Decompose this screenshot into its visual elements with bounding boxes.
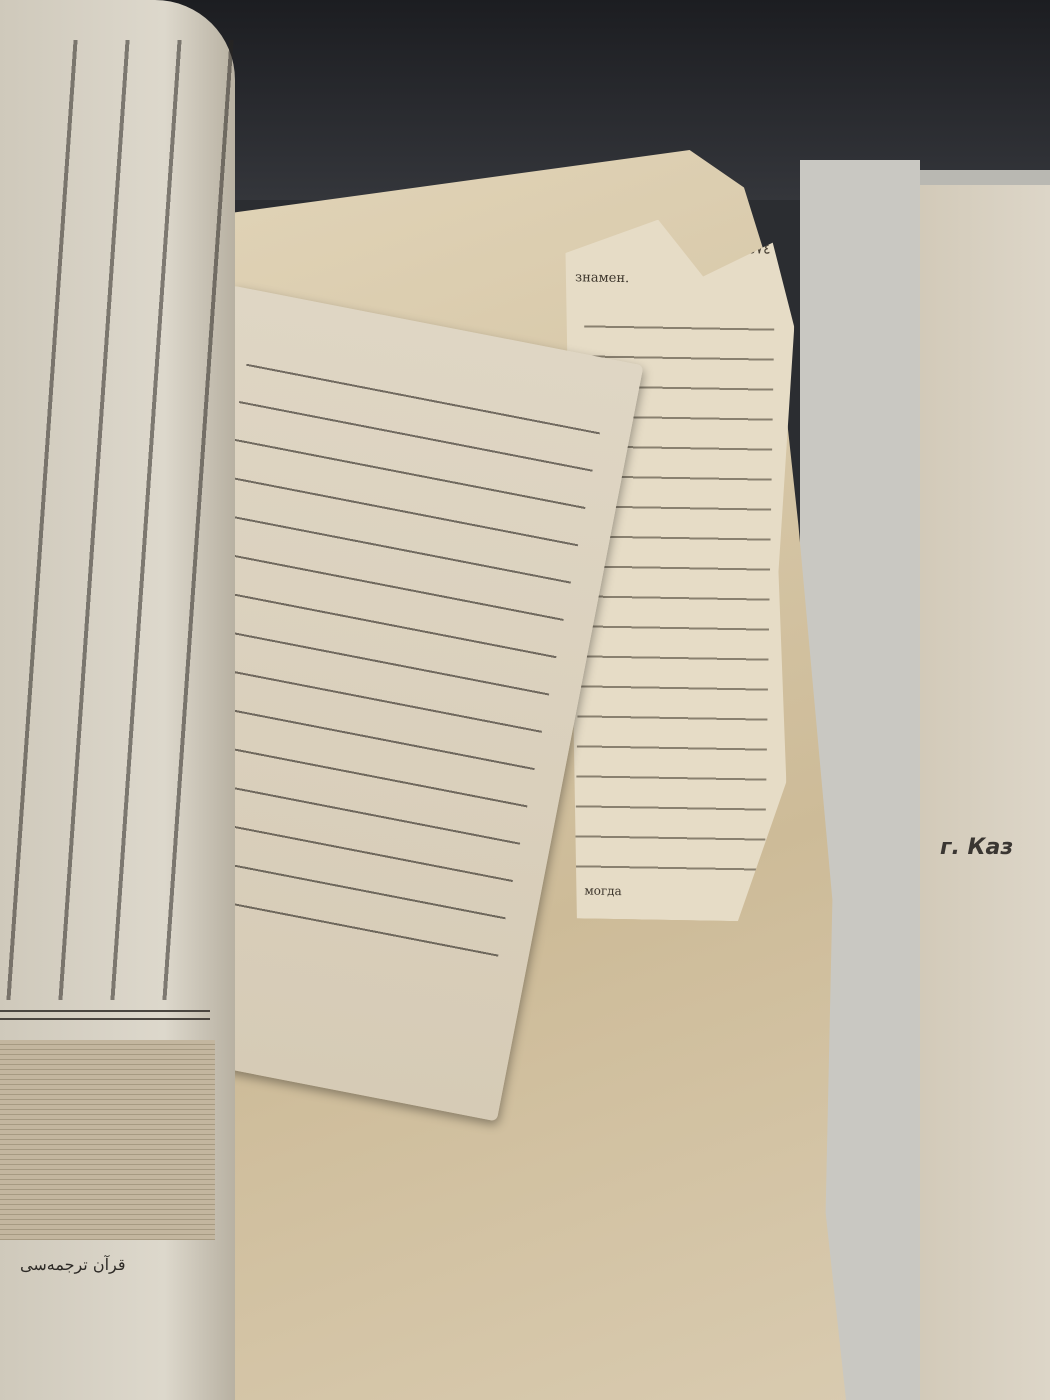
page-edges (0, 1040, 215, 1240)
double-rule (0, 1010, 210, 1020)
arabic-calligraphy-text (0, 40, 259, 1000)
right-page-label: г. Каз (940, 835, 1013, 860)
left-open-book-page: قرآن ترجمه‌سی (0, 0, 235, 1400)
photo-scene: г. Каз ٥٧٤ بيت знамен. могда 31 قرآن ترج… (0, 0, 1050, 1400)
russian-word: знамен. (575, 270, 629, 286)
lower-word: могда (584, 883, 622, 898)
book-footer-text: قرآن ترجمه‌سی (20, 1255, 126, 1274)
